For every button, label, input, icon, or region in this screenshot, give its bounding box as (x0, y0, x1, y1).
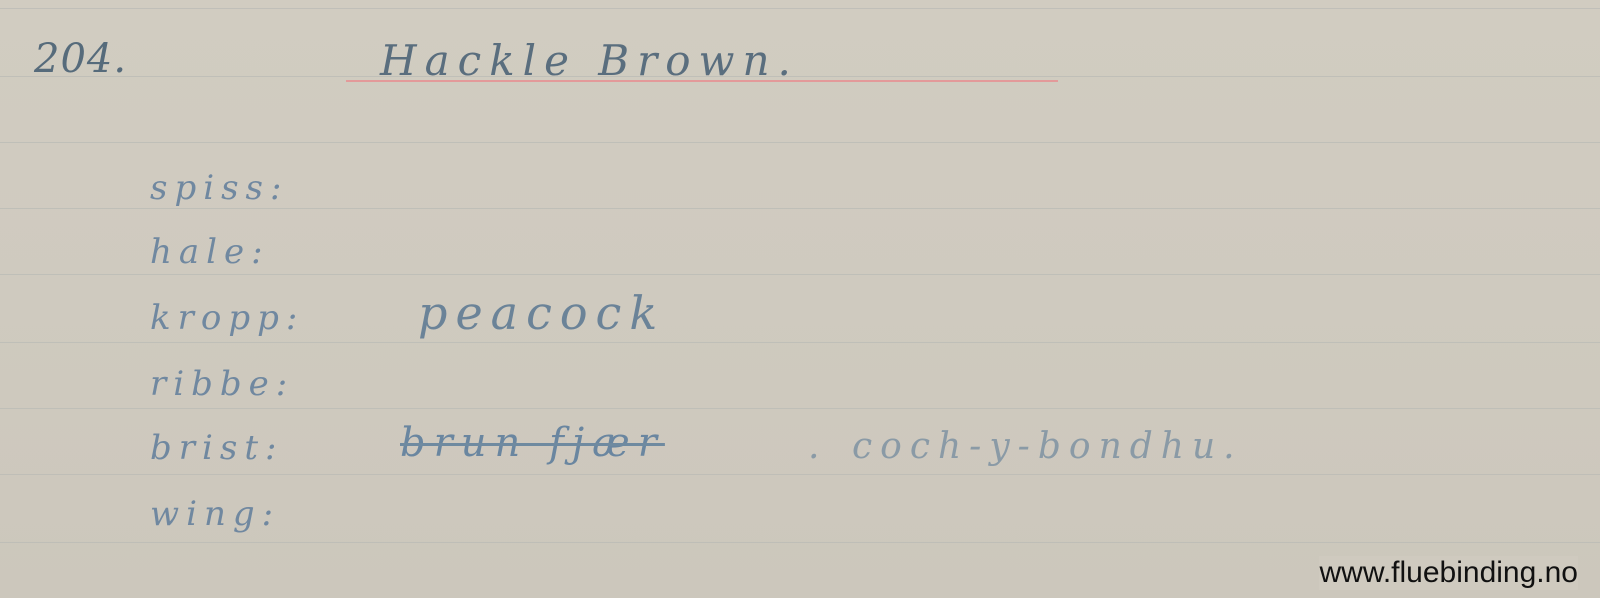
ruled-line (0, 408, 1600, 409)
entry-number: 204. (34, 36, 127, 82)
ruled-line (0, 142, 1600, 143)
field-value-brist-suffix: . (808, 426, 827, 467)
field-value-brist-struck: brun fjær (400, 420, 665, 466)
ruled-line (0, 208, 1600, 209)
field-label-wing: wing: (150, 494, 280, 534)
field-value-kropp: peacock (418, 286, 665, 340)
watermark: www.fluebinding.no (1319, 556, 1578, 590)
field-label-spiss: spiss: (150, 168, 288, 208)
ledger-page: 204. Hackle Brown. spiss: hale: kropp: p… (0, 0, 1600, 598)
ruled-line (0, 274, 1600, 275)
field-label-kropp: kropp: (150, 298, 304, 338)
field-label-hale: hale: (150, 232, 270, 272)
ruled-line (0, 8, 1600, 9)
field-value-brist: coch-y-bondhu. (852, 426, 1243, 467)
ruled-line (0, 76, 1600, 77)
title-underline (346, 80, 1058, 82)
ruled-line (0, 474, 1600, 475)
field-label-brist: brist: (150, 428, 283, 468)
fly-title: Hackle Brown. (380, 36, 799, 85)
ruled-line (0, 342, 1600, 343)
ruled-line (0, 542, 1600, 543)
field-label-ribbe: ribbe: (150, 364, 294, 404)
